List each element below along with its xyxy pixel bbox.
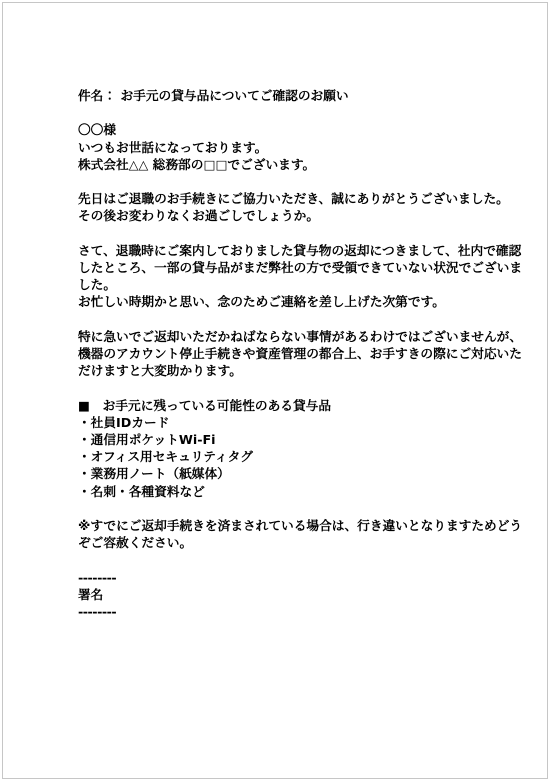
blank-line — [78, 379, 529, 396]
blank-line — [78, 173, 529, 190]
main-body-line-3: した。 — [78, 276, 529, 293]
thanks-line-2: その後お変わりなくお過ごしでしょうか。 — [78, 207, 529, 224]
checklist-item: ・社員IDカード — [78, 414, 529, 431]
note-line-1: ※すでにご返却手続きを済まされている場合は、行き違いとなりますためどう — [78, 517, 529, 534]
request-line-3: だけますと大変助かります。 — [78, 362, 529, 379]
thanks-line-1: 先日はご退職のお手続きにご協力いただき、誠にありがとうございました。 — [78, 190, 529, 207]
blank-line — [78, 500, 529, 517]
subject-line: 件名： お手元の貸与品についてご確認のお願い — [78, 87, 529, 104]
signature-label: 署名 — [78, 586, 529, 603]
main-body-line-4: お忙しい時期かと思い、念のためご連絡を差し上げた次第です。 — [78, 293, 529, 310]
checklist-item: ・名刺・各種資料など — [78, 483, 529, 500]
main-body-line-2: したところ、一部の貸与品がまだ弊社の方で受領できていない状況でございま — [78, 259, 529, 276]
document-page: 件名： お手元の貸与品についてご確認のお願い 〇〇様 いつもお世話になっておりま… — [2, 2, 548, 779]
checklist-item: ・オフィス用セキュリティタグ — [78, 448, 529, 465]
greeting-line: いつもお世話になっております。 — [78, 139, 529, 156]
request-line-1: 特に急いでご返却いただかねばならない事情があるわけではございませんが、 — [78, 328, 529, 345]
blank-line — [78, 104, 529, 121]
note-line-2: ぞご容赦ください。 — [78, 534, 529, 551]
main-body-line-1: さて、退職時にご案内しておりました貸与物の返却につきまして、社内で確認 — [78, 242, 529, 259]
blank-line — [78, 225, 529, 242]
email-body: 件名： お手元の貸与品についてご確認のお願い 〇〇様 いつもお世話になっておりま… — [3, 3, 547, 620]
checklist-item: ・業務用ノート（紙媒体） — [78, 465, 529, 482]
signature-divider-top: -------- — [78, 569, 529, 586]
request-line-2: 機器のアカウント停止手続きや資産管理の都合上、お手すきの際にご対応いた — [78, 345, 529, 362]
sender-intro-line: 株式会社△△ 総務部の□□でございます。 — [78, 156, 529, 173]
blank-line — [78, 311, 529, 328]
checklist-heading: ■ お手元に残っている可能性のある貸与品 — [78, 397, 529, 414]
blank-line — [78, 551, 529, 568]
checklist-item: ・通信用ポケットWi-Fi — [78, 431, 529, 448]
signature-divider-bottom: -------- — [78, 603, 529, 620]
recipient-line: 〇〇様 — [78, 121, 529, 138]
